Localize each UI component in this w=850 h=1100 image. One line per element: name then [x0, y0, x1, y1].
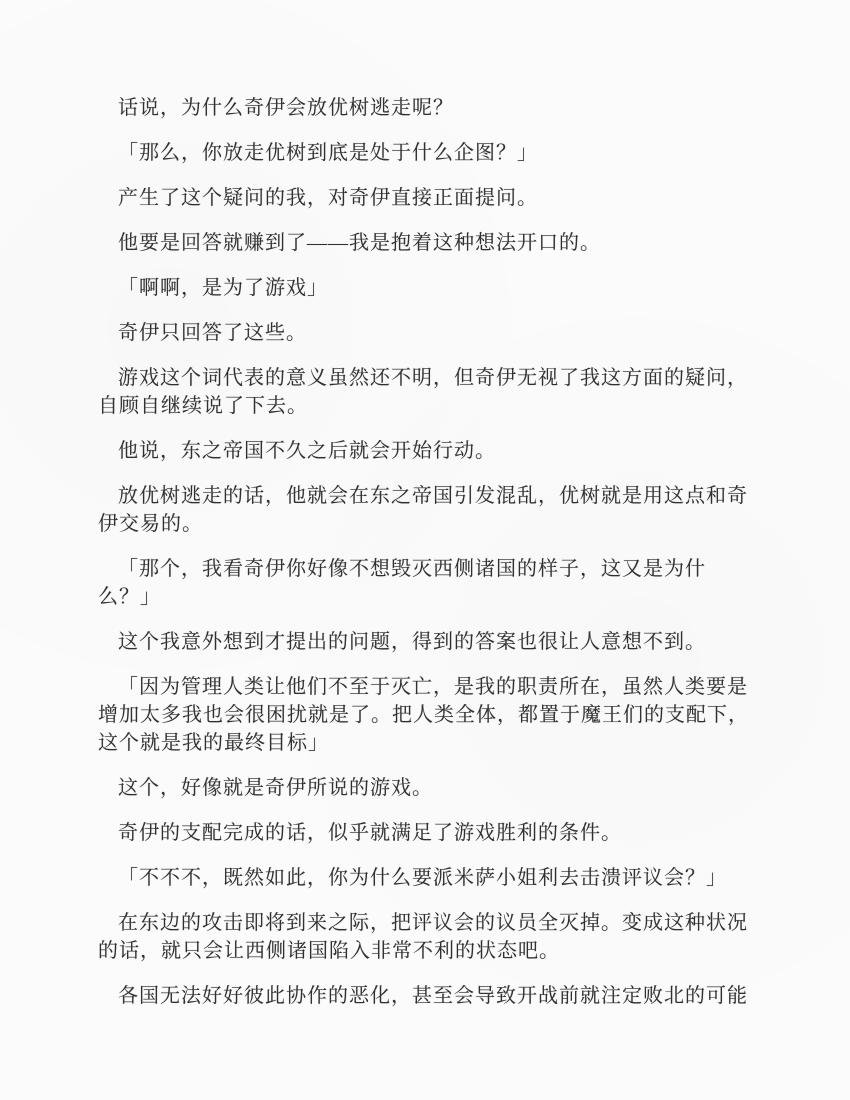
paragraph-dialogue: 「啊啊，是为了游戏」 [98, 274, 750, 302]
paragraph: 产生了这个疑问的我，对奇伊直接正面提问。 [98, 184, 750, 212]
reader-page: 话说，为什么奇伊会放优树逃走呢？ 「那么，你放走优树到底是处于什么企图？」 产生… [0, 0, 850, 1100]
paragraph-dialogue: 「不不不，既然如此，你为什么要派米萨小姐利去击溃评议会？」 [98, 864, 750, 892]
paragraph: 奇伊只回答了这些。 [98, 319, 750, 347]
paragraph-dialogue: 「那个，我看奇伊你好像不想毁灭西侧诸国的样子，这又是为什么？」 [98, 555, 750, 611]
paragraph-dialogue: 「因为管理人类让他们不至于灭亡，是我的职责所在，虽然人类要是增加太多我也会很困扰… [98, 673, 750, 757]
paragraph: 放优树逃走的话，他就会在东之帝国引发混乱，优树就是用这点和奇伊交易的。 [98, 482, 750, 538]
paragraph: 这个，好像就是奇伊所说的游戏。 [98, 774, 750, 802]
paragraph: 他要是回答就赚到了——我是抱着这种想法开口的。 [98, 229, 750, 257]
paragraph: 在东边的攻击即将到来之际，把评议会的议员全灭掉。变成这种状况的话，就只会让西侧诸… [98, 909, 750, 965]
paragraph: 奇伊的支配完成的话，似乎就满足了游戏胜利的条件。 [98, 819, 750, 847]
paragraph: 这个我意外想到才提出的问题，得到的答案也很让人意想不到。 [98, 628, 750, 656]
novel-text-block: 话说，为什么奇伊会放优树逃走呢？ 「那么，你放走优树到底是处于什么企图？」 产生… [98, 94, 750, 1027]
paragraph: 他说，东之帝国不久之后就会开始行动。 [98, 437, 750, 465]
paragraph: 话说，为什么奇伊会放优树逃走呢？ [98, 94, 750, 122]
paragraph: 各国无法好好彼此协作的恶化，甚至会导致开战前就注定败北的可能 [98, 982, 750, 1010]
paragraph: 游戏这个词代表的意义虽然还不明，但奇伊无视了我这方面的疑问，自顾自继续说了下去。 [98, 364, 750, 420]
paragraph-dialogue: 「那么，你放走优树到底是处于什么企图？」 [98, 139, 750, 167]
